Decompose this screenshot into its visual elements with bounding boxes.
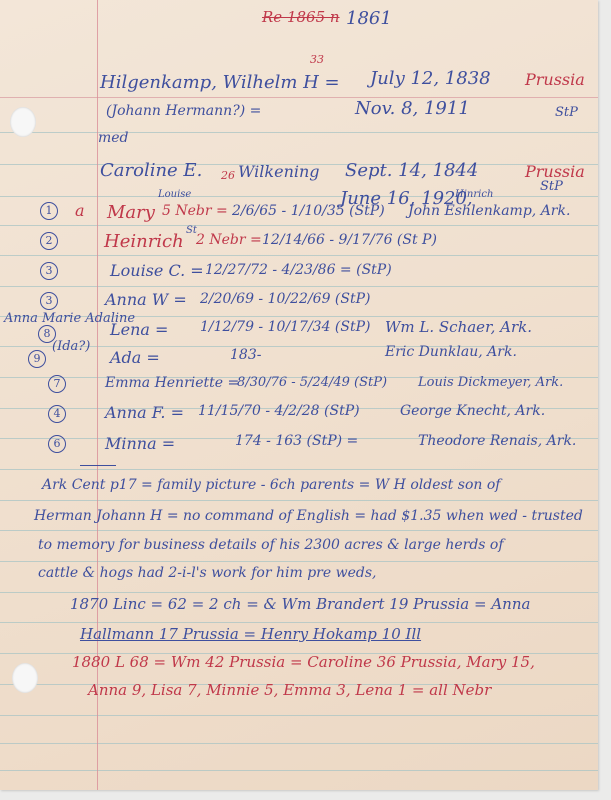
ruled-line: [0, 743, 598, 744]
margin-line: [97, 0, 98, 790]
note-line: cattle & hogs had 2-i-l's work for him p…: [38, 566, 376, 580]
note-line: to memory for business details of his 23…: [38, 538, 504, 552]
child-spouse-above: Hinrich: [455, 190, 493, 200]
ruled-line: [0, 196, 598, 197]
child-marker: 4: [48, 405, 66, 423]
wife-birth: Sept. 14, 1844: [345, 162, 478, 180]
husband-age-note: 33: [310, 54, 324, 65]
child-name-above: Louise: [158, 190, 191, 200]
underline-mark: [80, 465, 116, 466]
ruled-line: [0, 97, 598, 98]
husband-birth-place: Prussia: [525, 72, 585, 88]
child-dates: 12/27/72 - 4/23/86 = (StP): [205, 263, 392, 277]
child-marker: 6: [48, 435, 66, 453]
wife-burial: StP: [540, 180, 563, 193]
wife-first-name: Caroline E.: [100, 162, 202, 180]
child-dates: 2/20/69 - 10/22/69 (StP): [200, 292, 371, 306]
child-marker: 3: [40, 262, 58, 280]
child-spouse: George Knecht, Ark.: [400, 404, 545, 418]
child-left-note: (Ida?): [52, 340, 90, 353]
child-spouse: Wm L. Schaer, Ark.: [385, 320, 532, 335]
child-marker: 2: [40, 232, 58, 250]
child-dates: 1/12/79 - 10/17/34 (StP): [200, 320, 371, 334]
notebook-paper: Re 1865 n 1861 33 Hilgenkamp, Wilhelm H …: [0, 0, 598, 790]
child-dates: 8/30/76 - 5/24/49 (StP): [237, 376, 387, 389]
note-line: Ark Cent p17 = family picture - 6ch pare…: [42, 478, 500, 492]
wife-birth-place: Prussia: [525, 164, 585, 180]
child-spouse: Eric Dunklau, Ark.: [385, 345, 517, 359]
census-1880-line: Anna 9, Lisa 7, Minnie 5, Emma 3, Lena 1…: [88, 683, 491, 698]
child-name: Anna W =: [105, 292, 187, 308]
child-name: Heinrich: [104, 233, 184, 251]
husband-death: Nov. 8, 1911: [355, 100, 470, 118]
wife-age-note: 26: [221, 170, 235, 181]
child-dates: 2/6/65 - 1/10/35 (StP): [232, 204, 385, 218]
husband-birth: July 12, 1838: [370, 70, 491, 88]
census-1870-line: 1870 Linc = 62 = 2 ch = & Wm Brandert 19…: [70, 597, 530, 612]
child-marker: 1: [40, 202, 58, 220]
ruled-line: [0, 530, 598, 531]
child-birthplace: 2 Nebr =: [196, 233, 262, 247]
child-prefix: a: [75, 203, 85, 219]
child-name: Mary: [107, 204, 155, 222]
child-dates: 12/14/66 - 9/17/76 (St P): [262, 233, 437, 247]
ruled-line: [0, 286, 598, 287]
wife-last-name: Wilkening: [238, 164, 320, 180]
child-name: Louise C. =: [110, 263, 204, 279]
ruled-line: [0, 500, 598, 501]
married-label: med: [98, 131, 129, 145]
child-birthplace: 5 Nebr =: [162, 204, 228, 218]
year: 1861: [346, 10, 392, 28]
ruled-line: [0, 770, 598, 771]
child-marker: 3: [40, 292, 58, 310]
child-spouse: John Eshlenkamp, Ark.: [408, 204, 570, 218]
child-spouse: Louis Dickmeyer, Ark.: [418, 376, 563, 389]
ruled-line: [0, 561, 598, 562]
child-name: Ada =: [110, 350, 160, 366]
ruled-line: [0, 132, 598, 133]
husband-alias: (Johann Hermann?) =: [106, 104, 261, 118]
ruled-line: [0, 469, 598, 470]
ruled-line: [0, 715, 598, 716]
child-dates: 11/15/70 - 4/2/28 (StP): [198, 404, 360, 418]
child-name: Minna =: [105, 436, 175, 452]
child-spouse: Theodore Renais, Ark.: [418, 434, 576, 448]
punch-hole: [10, 107, 36, 137]
crossed-year: Re 1865 n: [262, 10, 340, 25]
punch-hole: [12, 663, 38, 693]
ruled-line: [0, 225, 598, 226]
child-name: Emma Henriette =: [105, 376, 239, 390]
child-marker: 7: [48, 375, 66, 393]
child-name: Lena =: [110, 322, 168, 338]
child-dates: 183-: [230, 348, 261, 362]
census-1880-line: 1880 L 68 = Wm 42 Prussia = Caroline 36 …: [72, 655, 535, 670]
husband-burial: StP: [555, 106, 578, 119]
child-marker: 9: [28, 350, 46, 368]
ruled-line: [0, 255, 598, 256]
husband-name: Hilgenkamp, Wilhelm H =: [100, 74, 340, 92]
ruled-line: [0, 622, 598, 623]
ruled-line: [0, 592, 598, 593]
note-line: Herman Johann H = no command of English …: [34, 509, 583, 523]
child-name: Anna F. =: [105, 405, 184, 421]
child-dates: 174 - 163 (StP) =: [235, 434, 358, 448]
census-1870-line: Hallmann 17 Prussia = Henry Hokamp 10 Il…: [80, 627, 421, 642]
